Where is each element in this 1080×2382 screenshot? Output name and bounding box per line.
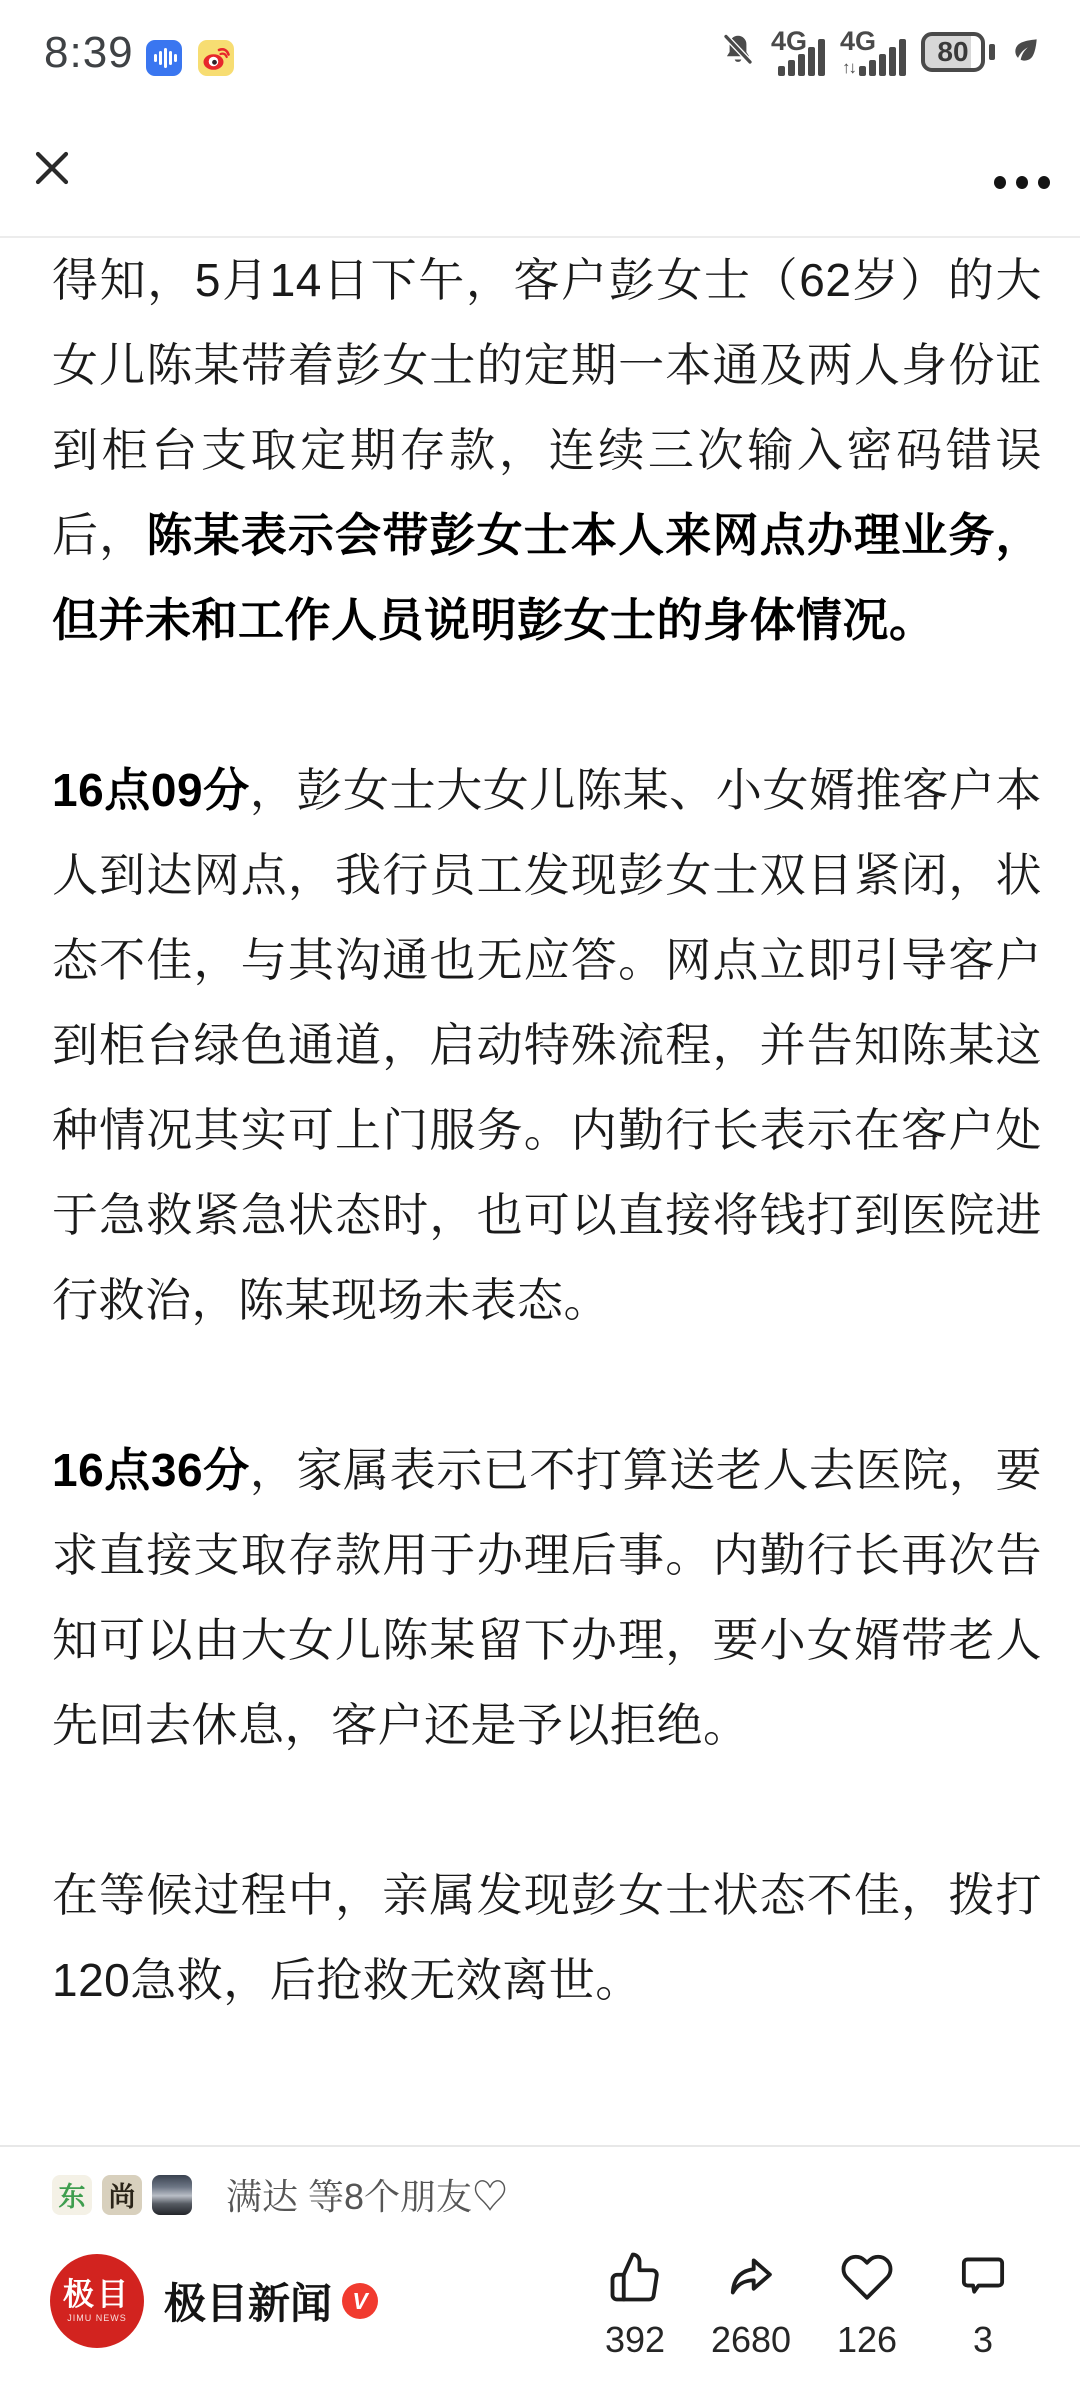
more-options-icon[interactable] (994, 162, 1050, 202)
status-indicators: 4G 4G ↑↓ 80 (720, 26, 1042, 78)
friends-liked-label[interactable]: 满达 等8个朋友♡ (226, 2169, 508, 2220)
article-body: 得知，5月14日下午，客户彭女士（62岁）的大女儿陈某带着彭女士的定期一本通及两… (52, 238, 1042, 2023)
nav-bar (0, 90, 1080, 238)
article-paragraph: 在等候过程中，亲属发现彭女士状态不佳，拨打120急救，后抢救无效离世。 (52, 1853, 1042, 2023)
publisher-profile[interactable]: 极目 JIMU NEWS 极目新闻 V (50, 2254, 378, 2348)
publisher-name: 极目新闻 (164, 2271, 332, 2331)
article-paragraph: 16点09分，彭女士大女儿陈某、小女婿推客户本人到达网点，我行员工发现彭女士双目… (52, 748, 1042, 1343)
battery-nub (989, 44, 995, 60)
signal-4g-primary-icon: 4G (771, 28, 825, 76)
close-icon[interactable] (28, 144, 76, 192)
share-button[interactable]: 2680 (699, 2250, 803, 2361)
comment-button[interactable]: 3 (931, 2250, 1035, 2361)
article-paragraph: 得知，5月14日下午，客户彭女士（62岁）的大女儿陈某带着彭女士的定期一本通及两… (52, 238, 1042, 663)
friend-avatar[interactable]: 东 (52, 2175, 92, 2215)
leaf-power-save-icon (1010, 34, 1042, 71)
friend-avatar[interactable]: 尚 (102, 2175, 142, 2215)
voice-app-icon (146, 40, 182, 76)
battery-icon: 80 (921, 32, 985, 72)
verified-badge-icon: V (342, 2283, 378, 2319)
comment-bubble-icon (956, 2250, 1010, 2309)
status-bar: 8:39 (0, 0, 1080, 90)
clock-time: 8:39 (44, 28, 134, 78)
publisher-logo: 极目 JIMU NEWS (50, 2254, 144, 2348)
like-button[interactable]: 392 (583, 2250, 687, 2361)
favorite-count: 126 (837, 2319, 897, 2361)
heart-icon (840, 2250, 894, 2309)
favorite-button[interactable]: 126 (815, 2250, 919, 2361)
article-paragraph: 16点36分，家属表示已不打算送老人去医院，要求直接支取存款用于办理后事。内勤行… (52, 1428, 1042, 1768)
bottom-bar: 极目 JIMU NEWS 极目新闻 V 392 2680 (0, 2242, 1080, 2382)
friend-avatar[interactable] (152, 2175, 192, 2215)
comment-count: 3 (973, 2319, 993, 2361)
data-activity-arrows-icon: ↑↓ (842, 58, 855, 78)
like-count: 392 (605, 2319, 665, 2361)
weibo-app-icon (198, 40, 234, 76)
battery-percent: 80 (937, 36, 968, 68)
action-bar: 392 2680 126 3 (583, 2250, 1035, 2361)
bell-off-icon (720, 32, 756, 73)
share-count: 2680 (711, 2319, 791, 2361)
share-arrow-icon (724, 2250, 778, 2309)
thumbs-up-icon (608, 2250, 662, 2309)
friends-liked-row[interactable]: 东 尚 满达 等8个朋友♡ (0, 2145, 1080, 2242)
signal-4g-secondary-icon: 4G ↑↓ (840, 28, 906, 76)
